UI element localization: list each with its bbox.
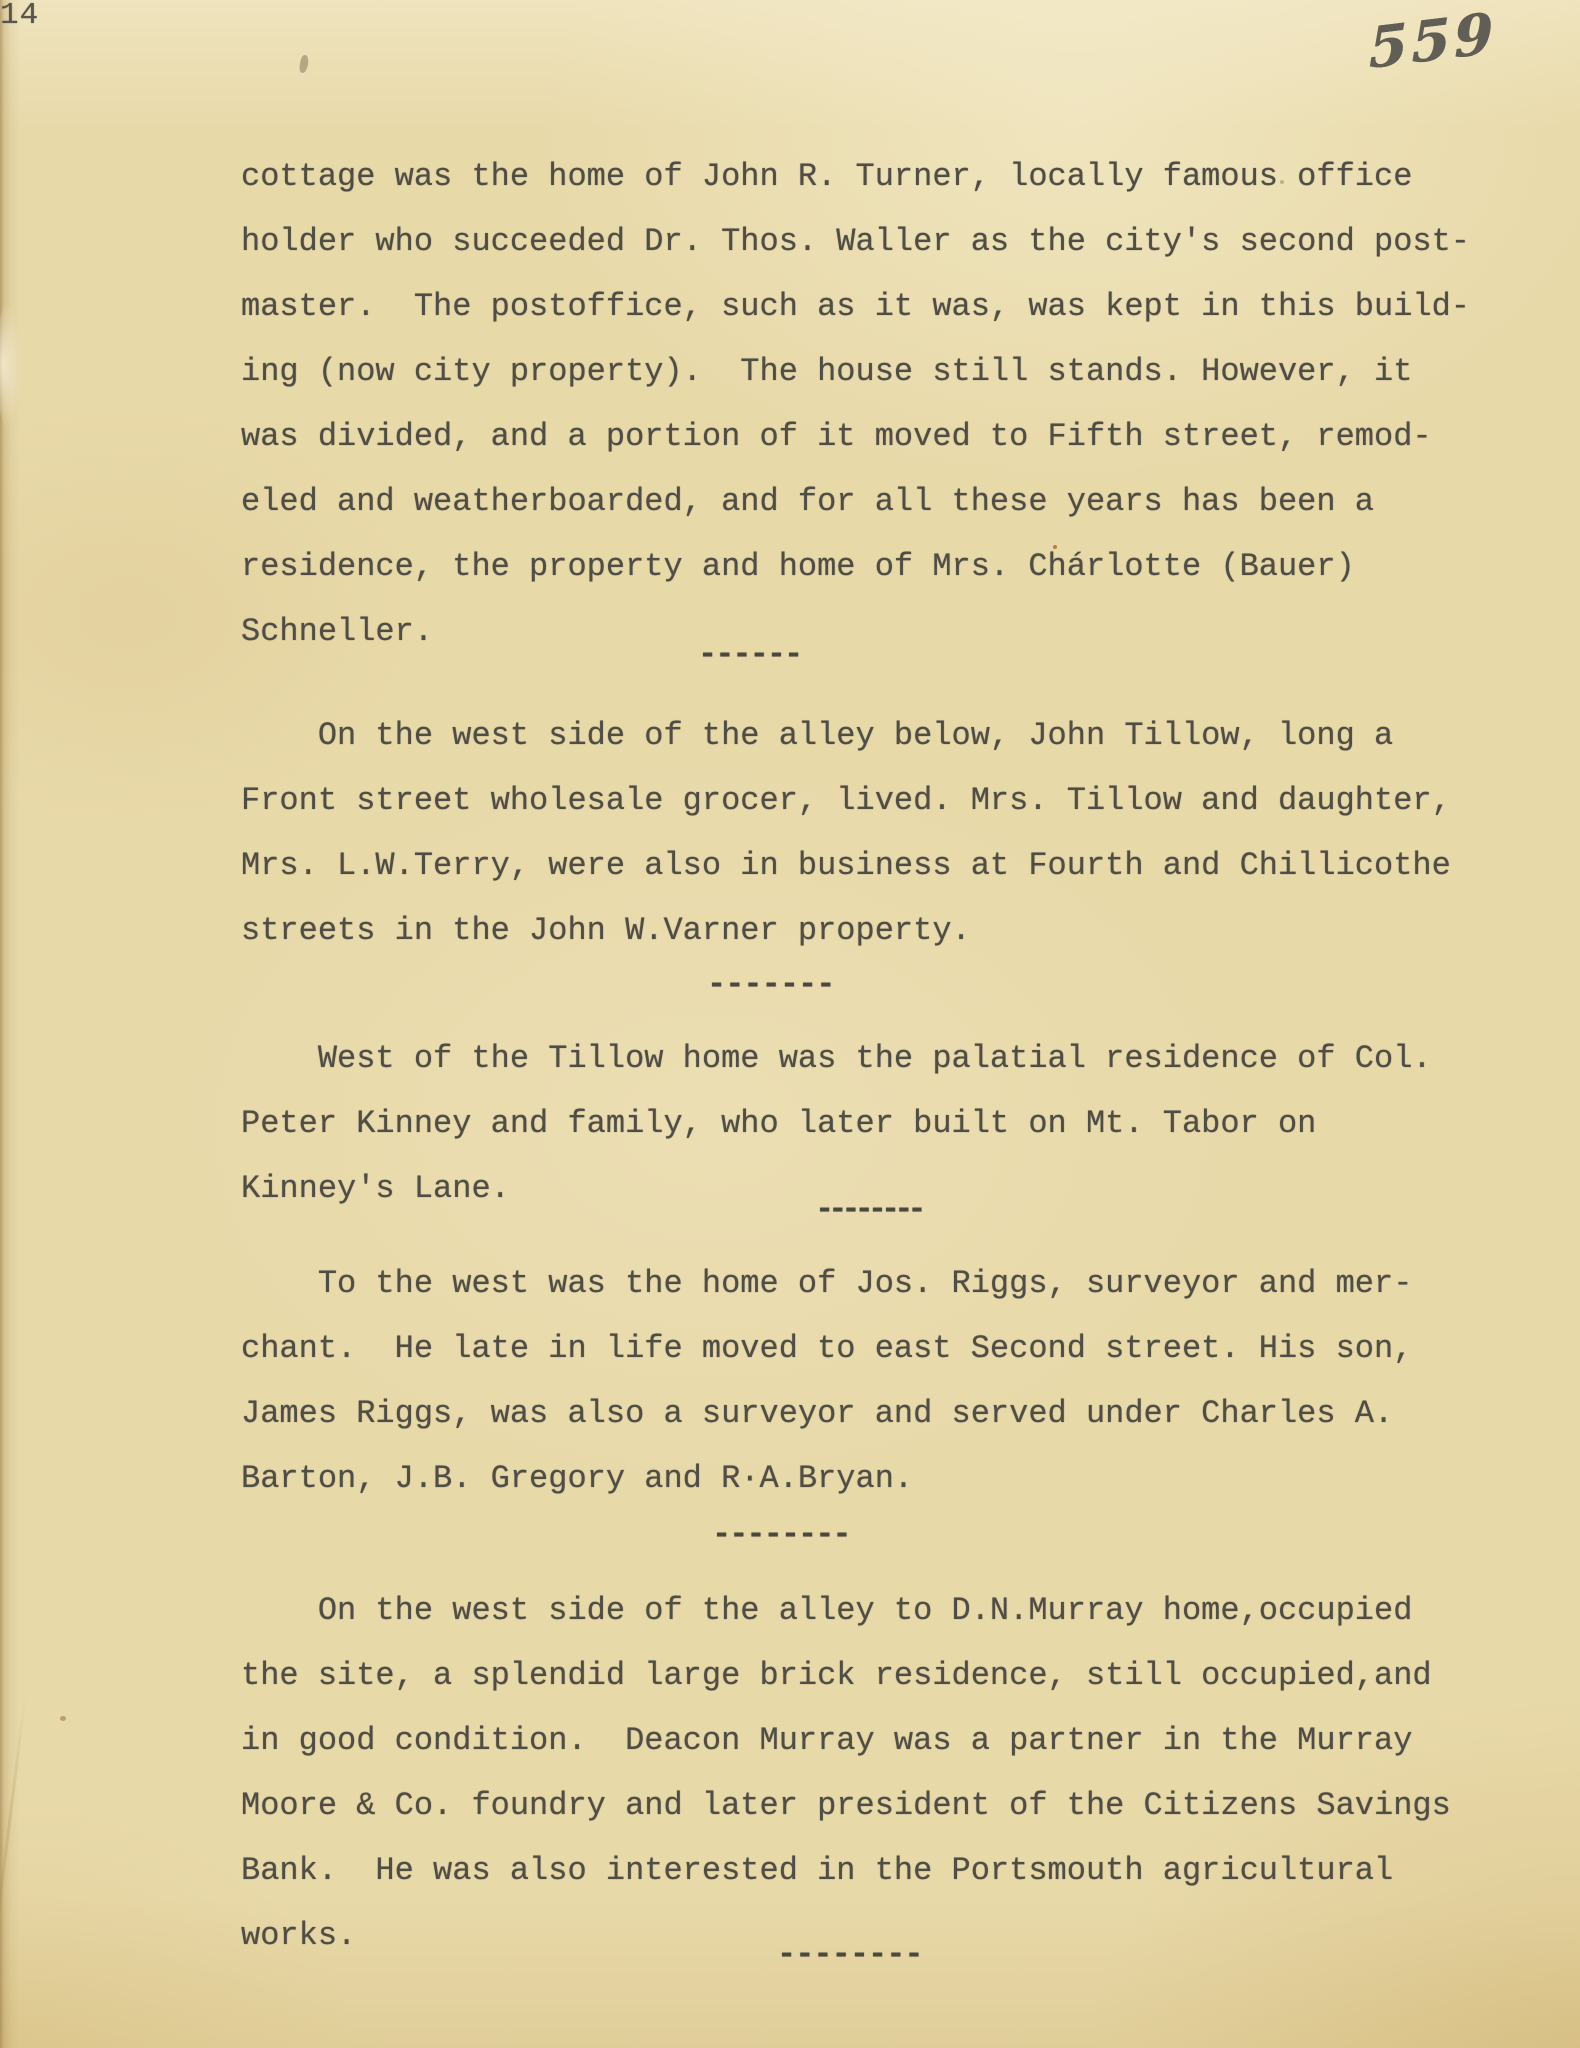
paragraph-4: To the west was the home of Jos. Riggs, … [241, 1251, 1541, 1511]
text-line: was divided, and a portion of it moved t… [241, 404, 1541, 469]
handwritten-page-number: 559 [1368, 0, 1497, 82]
scanned-document-page: 14 559 cottage was the home of John R. T… [0, 0, 1580, 2048]
typed-page-number: 14 [0, 0, 39, 33]
section-separator: ------- [707, 966, 834, 1003]
section-separator: -------- [777, 1936, 923, 1973]
paper-speck [60, 1716, 66, 1721]
section-separator: ------ [698, 636, 801, 673]
paper-tear-chip [0, 300, 22, 430]
text-line: master. The postoffice, such as it was, … [241, 274, 1541, 339]
paper-crease [0, 1691, 27, 2019]
section-separator: -------- [712, 1516, 850, 1553]
section-separator: -------- [815, 1191, 921, 1228]
text-line: Schneller. [241, 599, 1541, 664]
text-line: On the west side of the alley below, Joh… [241, 703, 1541, 768]
text-line: eled and weatherboarded, and for all the… [241, 469, 1541, 534]
text-line: residence, the property and home of Mrs.… [241, 534, 1541, 599]
text-line: Front street wholesale grocer, lived. Mr… [241, 768, 1541, 833]
text-line: chant. He late in life moved to east Sec… [241, 1316, 1541, 1381]
text-line: cottage was the home of John R. Turner, … [241, 144, 1541, 209]
text-line: the site, a splendid large brick residen… [241, 1643, 1541, 1708]
text-line: West of the Tillow home was the palatial… [241, 1026, 1541, 1091]
text-line: ing (now city property). The house still… [241, 339, 1541, 404]
text-line: in good condition. Deacon Murray was a p… [241, 1708, 1541, 1773]
paragraph-5: On the west side of the alley to D.N.Mur… [241, 1578, 1541, 1968]
text-line: Bank. He was also interested in the Port… [241, 1838, 1541, 1903]
text-line: Mrs. L.W.Terry, were also in business at… [241, 833, 1541, 898]
ink-smudge [298, 54, 310, 73]
text-line: To the west was the home of Jos. Riggs, … [241, 1251, 1541, 1316]
text-line: On the west side of the alley to D.N.Mur… [241, 1578, 1541, 1643]
text-line: holder who succeeded Dr. Thos. Waller as… [241, 209, 1541, 274]
text-line: Peter Kinney and family, who later built… [241, 1091, 1541, 1156]
text-line: Barton, J.B. Gregory and R·A.Bryan. [241, 1446, 1541, 1511]
text-line: Moore & Co. foundry and later president … [241, 1773, 1541, 1838]
text-line: James Riggs, was also a surveyor and ser… [241, 1381, 1541, 1446]
paragraph-2: On the west side of the alley below, Joh… [241, 703, 1541, 963]
paragraph-1: cottage was the home of John R. Turner, … [241, 144, 1541, 664]
text-line: streets in the John W.Varner property. [241, 898, 1541, 963]
